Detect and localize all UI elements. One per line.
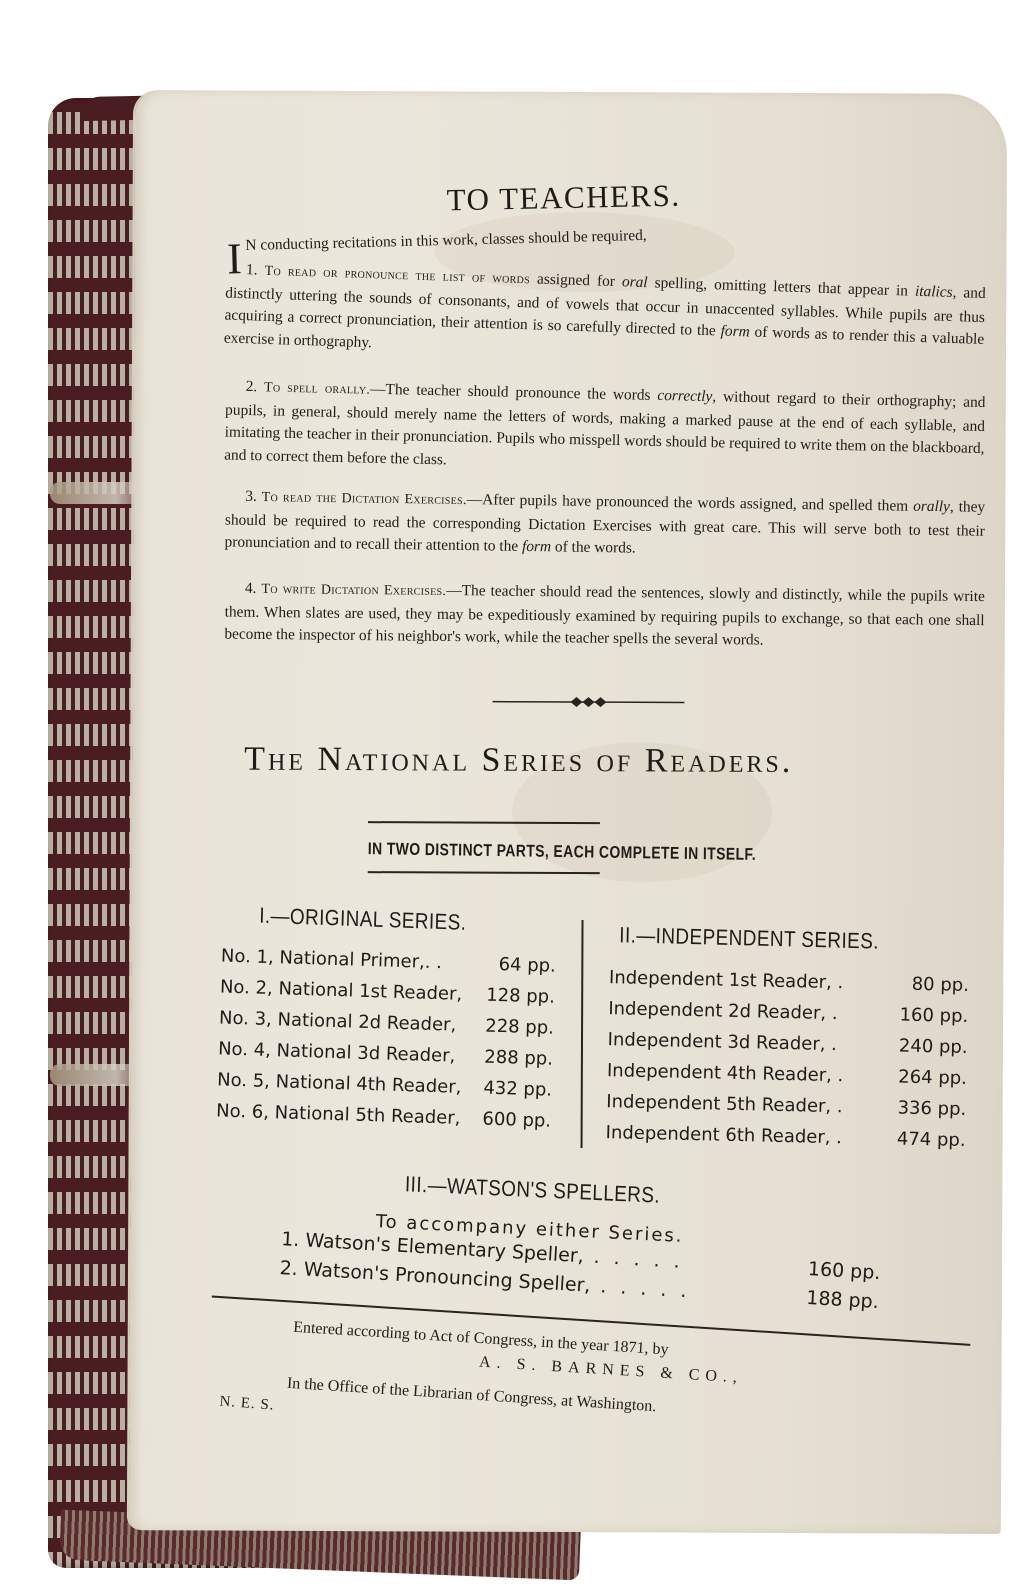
column-divider (581, 920, 584, 1148)
item-text: —After pupils have pronounced the words … (467, 491, 914, 515)
item-italic: correctly (657, 387, 712, 405)
instruction-2: 2. To spell orally.—The teacher should p… (224, 376, 986, 484)
page-count: 336 pp. (897, 1093, 966, 1125)
page-count: 160 pp. (899, 1000, 968, 1032)
page-count: 474 pp. (897, 1124, 966, 1156)
item-text: assigned for (530, 270, 623, 290)
item-text: of the words. (551, 538, 636, 556)
copyright-line-3: In the Office of the Librarian of Congre… (286, 1375, 656, 1417)
page-count: 160 pp. (807, 1255, 881, 1288)
item-number: 2. (245, 378, 257, 395)
item-lead: To spell orally. (264, 380, 370, 397)
page-count: 600 pp. (482, 1104, 552, 1137)
list-item: Independent 6th Reader, .474 pp. (605, 1117, 966, 1156)
item-text: —The teacher should pronounce the words (370, 381, 658, 404)
item-number: 1. (246, 261, 258, 278)
page-count: 128 pp. (486, 980, 556, 1013)
item-lead: To read the Dictation Exercises. (262, 490, 467, 508)
instruction-1: 1. To read or pronounce the list of word… (223, 259, 986, 374)
item-number: 3. (245, 488, 257, 505)
page-count: 188 pp. (806, 1284, 880, 1317)
page-count: 80 pp. (911, 969, 969, 1001)
item-lead: To write Dictation Exercises. (261, 582, 446, 599)
original-series-heading: I.—ORIGINAL SERIES. (259, 903, 467, 936)
instruction-4: 4. To write Dictation Exercises.—The tea… (224, 578, 985, 655)
item-text: spelling, omitting letters that appear i… (647, 274, 915, 300)
divider-rule (368, 821, 600, 824)
item-italic: oral (622, 273, 648, 291)
item-italic: form (522, 538, 551, 555)
item-lead: To read or pronounce the list of words (264, 264, 530, 288)
item-italic: orally (913, 498, 950, 516)
page-count: 240 pp. (899, 1031, 968, 1063)
intro-text: N conducting recitations in this work, c… (245, 227, 647, 254)
book-page: TO TEACHERS. I N conducting recitations … (129, 90, 1007, 1534)
original-series-list: No. 1, National Primer,. .64 pp. No. 2, … (216, 940, 557, 1136)
advert-title: The National Series of Readers. (244, 741, 793, 781)
independent-series-heading: II.—INDEPENDENT SERIES. (619, 922, 879, 954)
page-count: 288 pp. (484, 1042, 554, 1075)
instruction-3: 3. To read the Dictation Exercises.—Afte… (224, 486, 985, 566)
item-italic: italics (915, 283, 953, 301)
item-number: 4. (245, 580, 257, 597)
independent-series-list: Independent 1st Reader, .80 pp. Independ… (605, 962, 969, 1156)
book-name: Independent 6th Reader, . (605, 1117, 897, 1154)
page-count: 228 pp. (485, 1011, 555, 1044)
spellers-heading: III.—WATSON'S SPELLERS. (405, 1171, 661, 1208)
item-italic: form (720, 323, 750, 341)
page-count: 64 pp. (498, 949, 556, 982)
page-title: TO TEACHERS. (446, 178, 681, 219)
ornamental-divider-icon (492, 696, 684, 709)
publisher-name: A. S. BARNES & CO., (479, 1354, 744, 1388)
divider-rule (368, 871, 600, 874)
page-count: 432 pp. (483, 1073, 553, 1106)
page-count: 264 pp. (898, 1062, 967, 1094)
printer-mark: N. E. S. (219, 1394, 275, 1415)
